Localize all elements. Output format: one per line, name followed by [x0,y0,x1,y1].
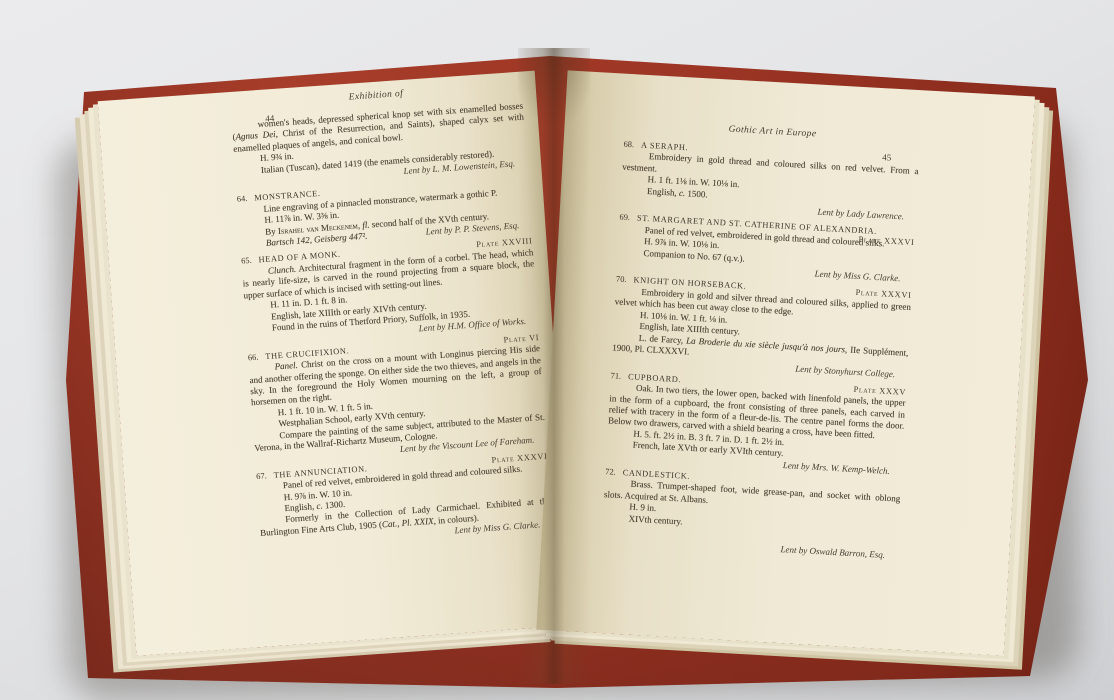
text-segment: H. 9 in. [629,502,657,513]
text-segment: 1500. [685,188,708,199]
catalog-entry: Plate XXXVI70.KNIGHT ON HORSEBACK.Embroi… [611,274,912,382]
catalog-entry: 72.CANDLESTICK.Brass. Trumpet-shaped foo… [601,466,901,562]
catalog-entry: Plate XXXVI69.ST. MARGARET AND ST. CATHE… [617,212,916,285]
catalog-entry: 68.A SERAPH.Embroidery in gold thread an… [620,139,919,224]
entry-number: 71. [610,371,621,381]
left-page-entries: women's heads, depressed spherical knop … [231,101,552,551]
entry-number: 70. [616,275,627,285]
text-segment: English, [284,501,317,513]
entry-number: 67. [256,471,267,481]
open-book: 44 Exhibition of women's heads, depresse… [0,0,1114,700]
right-page: Gothic Art in Europe 45 68.A SERAPH.Embr… [536,70,1035,655]
text-segment: By [265,226,278,237]
text-segment: Panel. [274,360,298,372]
text-segment: H. 9¾ in. [260,151,294,163]
text-segment: L. de Farcy, [639,332,687,345]
entry-number: 66. [248,352,259,362]
text-segment: 1300. [322,499,345,511]
running-head-title-right: Gothic Art in Europe [728,125,816,140]
entry-number: 65. [241,256,252,266]
catalog-entry: Plate XXXVI67.THE ANNUNCIATION.Panel of … [256,451,553,551]
running-head-title-left: Exhibition of [348,89,403,103]
left-page: 44 Exhibition of women's heads, depresse… [98,71,574,656]
text-segment: XIVth century. [628,513,682,526]
text-segment: Clunch. [268,264,297,276]
text-segment: English, [647,186,680,198]
left-page-content: 44 Exhibition of women's heads, depresse… [230,80,553,551]
right-page-entries: 68.A SERAPH.Embroidery in gold thread an… [601,139,919,562]
catalog-entry: Plate XXXV71.CUPBOARD.Oak. In two tiers,… [606,370,907,478]
photo-background: 44 Exhibition of women's heads, depresse… [0,0,1114,700]
catalog-entry: Plate VI66.THE CRUCIFIXION.Panel. Christ… [248,332,547,466]
catalog-entry: Plate XXVIII65.HEAD OF A MONK.Clunch. Ar… [241,236,539,347]
right-page-content: Gothic Art in Europe 45 68.A SERAPH.Embr… [601,118,920,562]
text-segment: Cat., Pl. XXIX [382,516,434,530]
entry-number: 68. [623,140,634,150]
entry-title: A SERAPH. [641,141,689,153]
entry-number: 72. [605,467,616,477]
entry-number: 69. [619,213,630,223]
lender-credit: Lent by Oswald Barron, Esq. [601,534,897,562]
entry-number: 64. [237,194,248,204]
